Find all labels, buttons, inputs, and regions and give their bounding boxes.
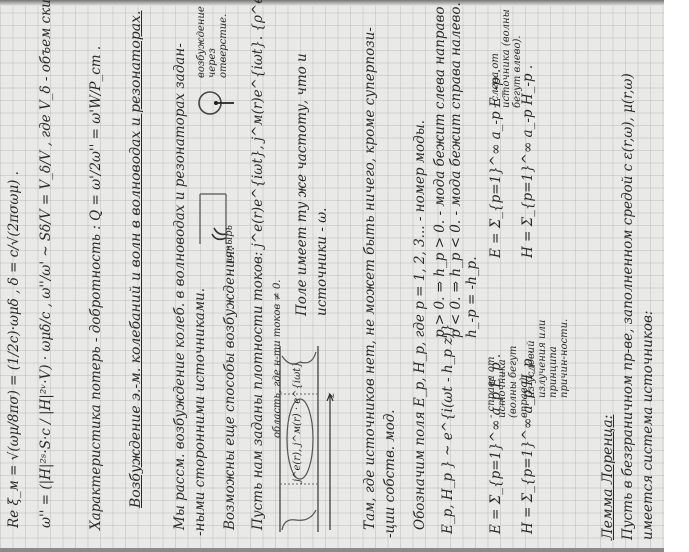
annotation-source-region: область, где н-ти токов ≠ 0.: [272, 280, 283, 439]
text-line: Пусть в безграничном пр-ве, заполненном …: [620, 73, 636, 540]
text-line: источники - ω.: [314, 208, 330, 316]
formula-mode-dependence: E_p, H_p } ~ e^{i(ωt - h_p z)}: [440, 324, 456, 534]
scan-bottom-edge: [0, 548, 664, 552]
annotation-left-of-source: - слева от источника (волны бегут влево)…: [490, 8, 523, 108]
text-line: Там, где источников нет, не может быть н…: [362, 27, 378, 530]
formula-line-surface-impedance: Re ξ_м = √(ωμ/8πσ) = (1/2c)·ωμδ , δ = c/…: [6, 171, 22, 528]
formula-line-omega-ratio: ω'' = (|H|²ˢ·S·c / |H|²ᵛ·V) · ωμδ/c , ω'…: [38, 0, 54, 528]
scan-right-margin: [664, 0, 689, 552]
aperture-excitation-diagram: [196, 88, 236, 118]
section-heading-lorentz-lemma: Лемма Лоренца:: [600, 415, 616, 540]
text-line: h_-p = -h_p.: [464, 257, 480, 338]
text-line-q-factor: Характеристика потерь - добротность : Q …: [88, 46, 104, 530]
annotation-right-of-source: - справа от источника (волны бегут вправ…: [486, 338, 530, 418]
text-line: Возможны еще способы возбуждения:: [222, 246, 238, 530]
annotation-z-axis: z: [326, 393, 337, 398]
text-line: p > 0. ⇒ h_p > 0. - мода бежит слева нап…: [432, 6, 448, 338]
annotation-probe: штырь: [224, 225, 235, 264]
text-line: p < 0. ⇒ h_p < 0. - мода бежит справа на…: [448, 2, 464, 338]
text-line: имеется система источников:: [640, 311, 656, 540]
annotation-radiation-condition: из условий излучения или принципа причин…: [526, 308, 570, 398]
text-line: -ции собств. мод.: [382, 409, 398, 538]
text-line: Поле имеет ту же частоту, что и: [294, 53, 310, 316]
text-line-current-densities: Пусть нам заданы плотности токов: j^e(r)…: [250, 0, 266, 530]
text-line: Мы рассм. возбуждение колеб. в волновода…: [172, 43, 188, 530]
rotated-page-content: Re ξ_м = √(ωμ/8πσ) = (1/2c)·ωμδ , δ = c/…: [0, 0, 664, 548]
annotation-source-currents: j^e(r), j^м(r) · e^{iωt}: [292, 361, 303, 482]
scanned-notebook-page: Re ξ_м = √(ωμ/8πσ) = (1/2c)·ωμδ , δ = c/…: [0, 0, 664, 548]
text-line-modes: Обозначим поля E_p, H_p, где p = 1, 2, 3…: [412, 120, 428, 530]
section-heading-excitation: Возбуждение э.-м. колебаний и волн в вол…: [128, 11, 144, 508]
text-line: -ными сторонними источниками.: [192, 288, 208, 536]
annotation-aperture: возбуждение через отверстие.: [196, 8, 229, 78]
